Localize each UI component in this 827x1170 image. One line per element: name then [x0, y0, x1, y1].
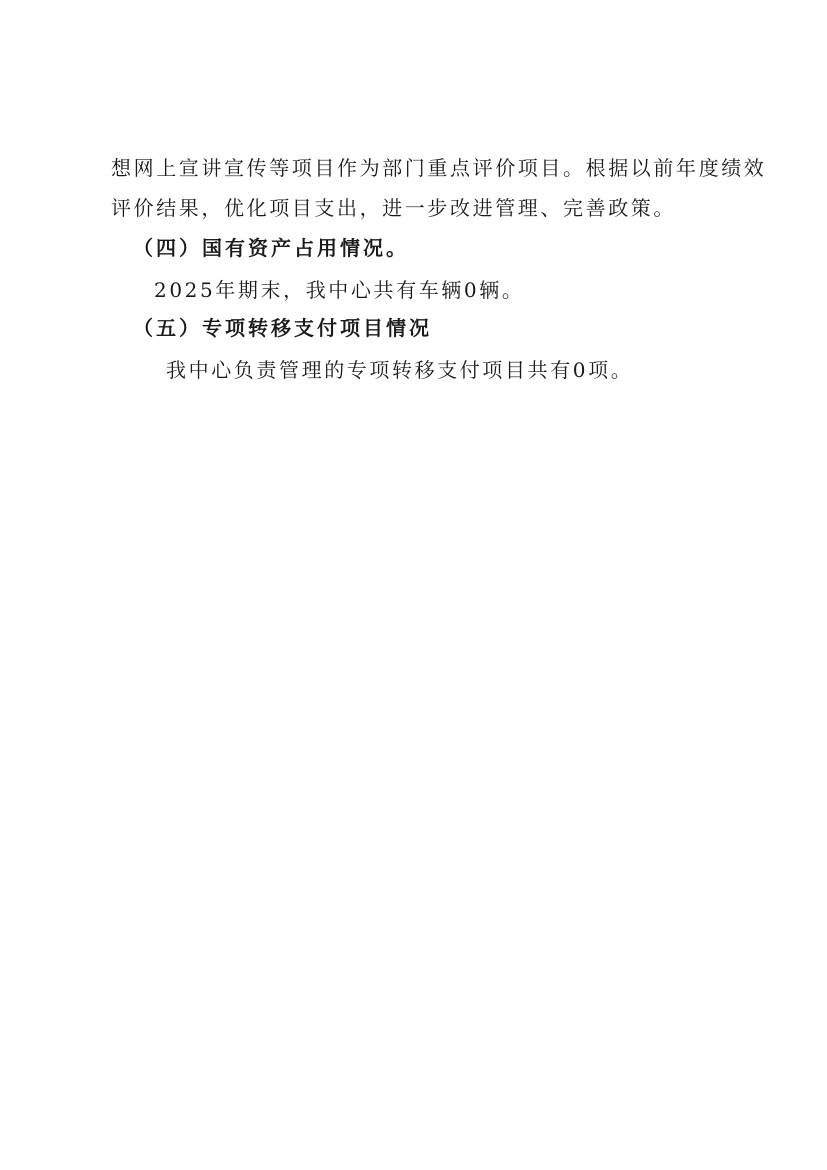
assets-paragraph: 2025年期末，我中心共有车辆0辆。: [154, 278, 524, 302]
transfer-payments-paragraph: 我中心负责管理的专项转移支付项目共有0项。: [166, 358, 633, 382]
paragraph-line-2: 评价结果，优化项目支出，进一步改进管理、完善政策。: [111, 196, 676, 220]
section-heading-assets: （四）国有资产占用情况。: [133, 236, 409, 260]
paragraph-line-1: 想网上宣讲宣传等项目作为部门重点评价项目。根据以前年度绩效: [111, 156, 766, 180]
section-heading-transfer-payments: （五）专项转移支付项目情况: [133, 316, 432, 340]
